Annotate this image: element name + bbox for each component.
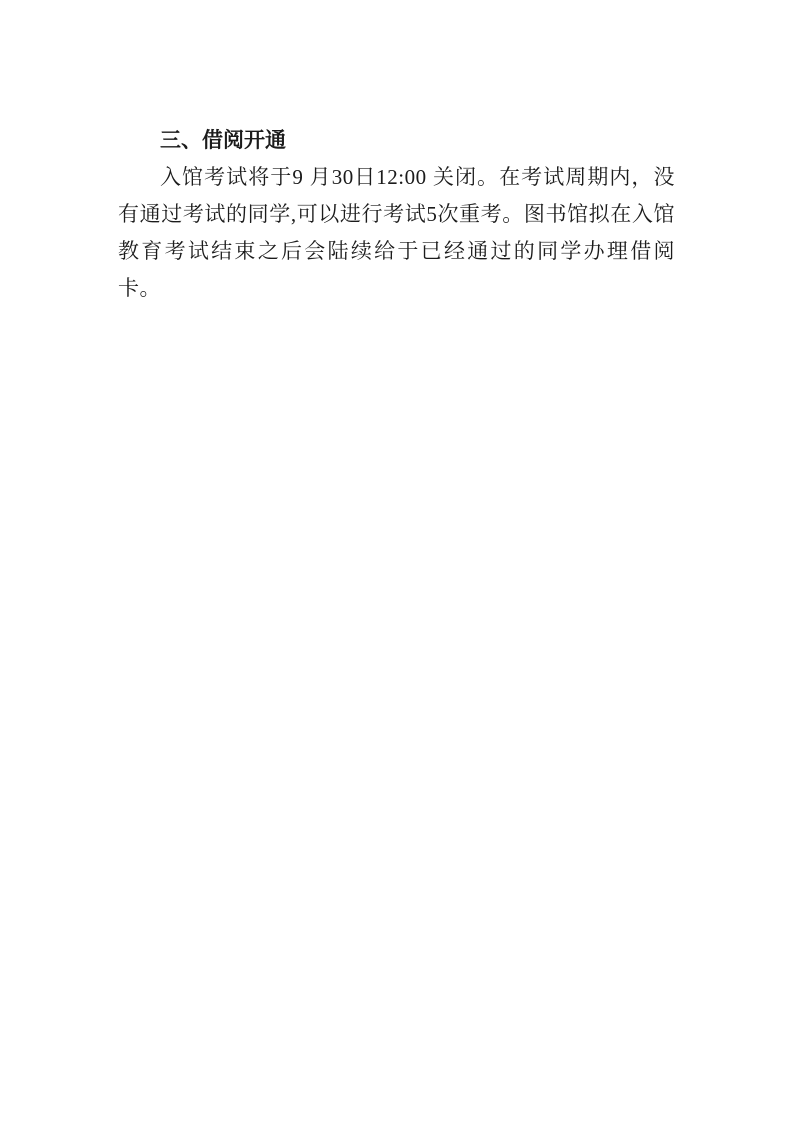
section-heading: 三、借阅开通 <box>118 122 675 159</box>
body-paragraph: 入馆考试将于9 月30日12:00 关闭。在考试周期内，没有通过考试的同学,可以… <box>118 159 675 307</box>
document-page: 三、借阅开通 入馆考试将于9 月30日12:00 关闭。在考试周期内，没有通过考… <box>0 0 793 1122</box>
